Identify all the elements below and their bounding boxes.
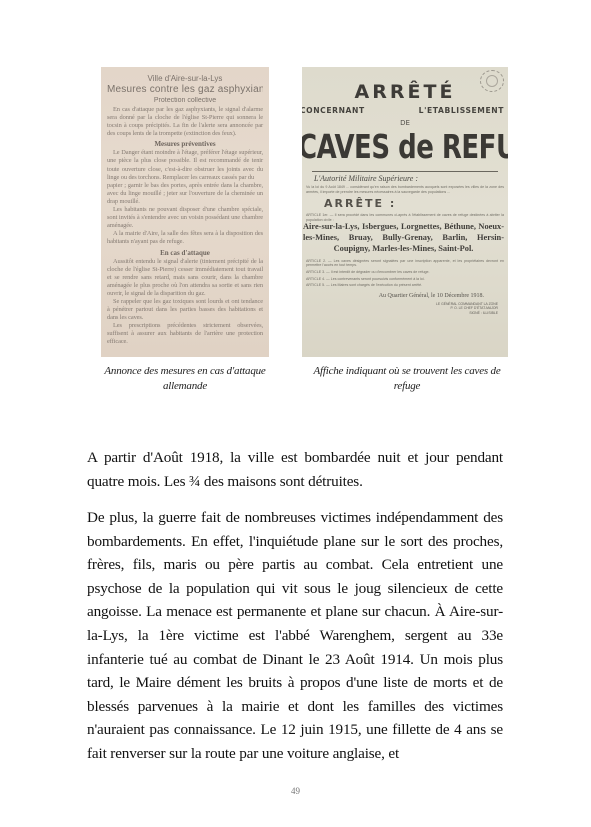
poster-paragraph: En cas d'attaque par les gaz asphyxiants… xyxy=(107,106,263,138)
poster-concerning-line: CONCERNANT L'ETABLISSEMENT xyxy=(306,106,504,115)
poster-concerning-left: CONCERNANT xyxy=(302,106,365,115)
poster-subtitle: Protection collective xyxy=(107,97,263,104)
poster-decree-heading: ARRÊTE : xyxy=(324,197,504,210)
poster-date-line: Au Quartier Général, le 10 Décembre 1918… xyxy=(306,293,484,299)
poster-paragraph: Aussitôt entendu le signal d'alerte (tin… xyxy=(107,258,263,298)
page-number: 49 xyxy=(0,786,591,796)
body-paragraph: A partir d'Août 1918, la ville est bomba… xyxy=(87,446,503,493)
poster-article: ARTICLE 2. — Les caves désignées seront … xyxy=(306,259,504,268)
poster-paragraph: papier ; garnir le bas des portes, après… xyxy=(107,182,263,206)
poster-de: DE xyxy=(306,119,504,127)
figure-caption-left: Annonce des mesures en cas d'attaque all… xyxy=(104,364,266,394)
poster-section-heading: En cas d'attaque xyxy=(107,249,263,257)
poster-article: ARTICLE 4. — Les contrevenants seront po… xyxy=(306,277,504,282)
poster-heading: ARRÊTÉ xyxy=(306,81,504,103)
poster-paragraph: Le Danger étant moindre à l'étage, préfé… xyxy=(107,149,263,181)
poster-paragraph: Les prescriptions précédentes strictemen… xyxy=(107,322,263,346)
gas-measures-poster-image: Ville d'Aire-sur-la-Lys Mesures contre l… xyxy=(101,67,269,357)
refuge-cellars-poster-image: ARRÊTÉ CONCERNANT L'ETABLISSEMENT DE CAV… xyxy=(302,67,508,357)
poster-article: ARTICLE 5. — Les Maires sont chargés de … xyxy=(306,283,504,288)
poster-towns-list: Aire-sur-la-Lys, Isbergues, Lorgnettes, … xyxy=(303,222,504,254)
poster-divider xyxy=(312,171,498,172)
poster-town: Ville d'Aire-sur-la-Lys xyxy=(107,74,263,83)
poster-section-heading: Mesures préventives xyxy=(107,140,263,148)
stamp-icon xyxy=(480,70,504,92)
poster-title: Mesures contre les gaz asphyxiants xyxy=(107,84,263,95)
poster-main-title: CAVES de REFUGE xyxy=(302,129,504,167)
poster-authority: L'Autorité Militaire Supérieure : xyxy=(314,174,504,183)
poster-paragraph: A la mairie d'Aire, la salle des fêtes s… xyxy=(107,230,263,246)
body-paragraph: De plus, la guerre fait de nombreuses vi… xyxy=(87,506,503,766)
poster-paragraph: Se rappeler que les gaz toxiques sont lo… xyxy=(107,298,263,322)
poster-article: ARTICLE 3. — Il est interdit de dégrader… xyxy=(306,270,504,275)
figure-caption-right: Affiche indiquant où se trouvent les cav… xyxy=(302,364,512,394)
poster-preamble: Vu la loi du 9 Août 1849 ... considérant… xyxy=(306,185,504,194)
poster-article: ARTICLE 1er. — Il sera procédé dans les … xyxy=(306,213,504,222)
poster-signature-line: SIGNÉ : ILLISIBLE xyxy=(306,311,498,316)
poster-paragraph: Les habitants ne pouvant disposer d'une … xyxy=(107,206,263,230)
poster-concerning-right: L'ETABLISSEMENT xyxy=(419,106,504,115)
